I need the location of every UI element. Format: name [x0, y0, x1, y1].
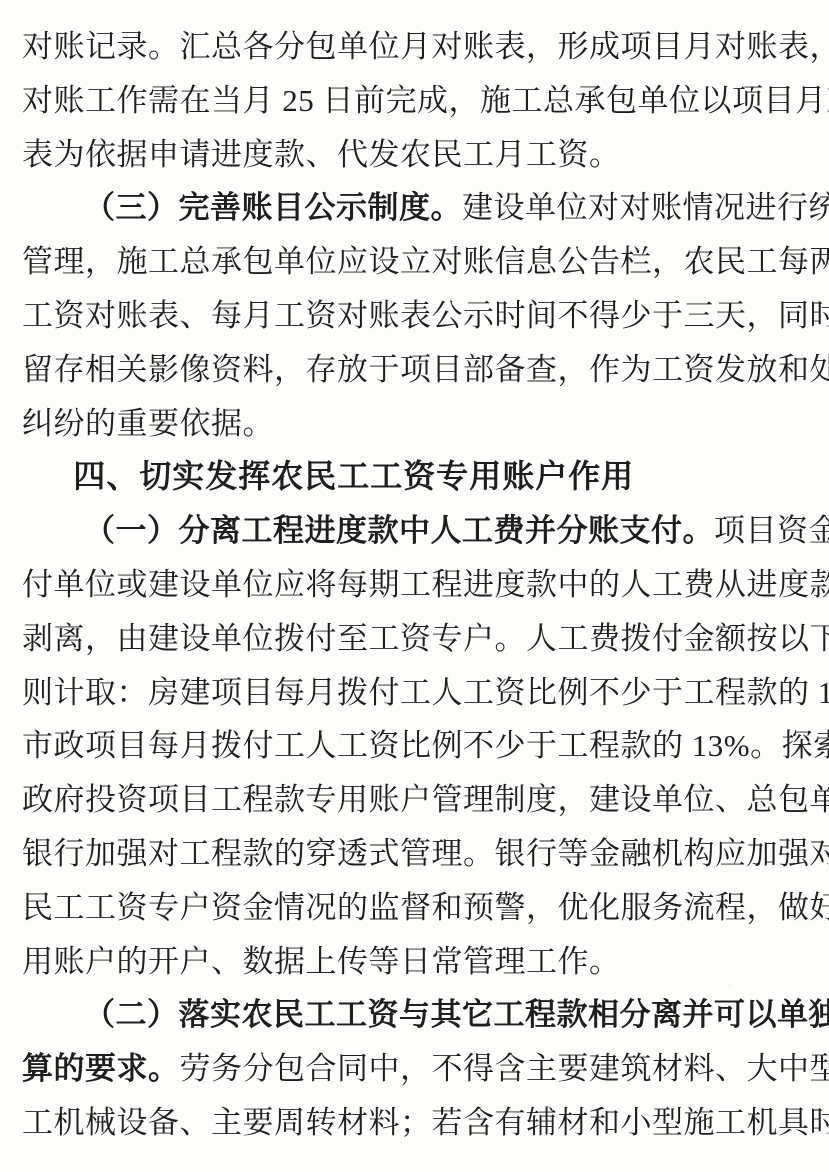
- text-line-paragraph-end: 用账户的开户、数据上传等日常管理工作。: [22, 935, 819, 989]
- line-text: 则计取：房建项目每月拨付工人工资比例不少于工程款的 18%，: [22, 675, 829, 710]
- line-text: 用账户的开户、数据上传等日常管理工作。: [22, 944, 621, 979]
- line-text: 工机械设备、主要周转材料；若含有辅材和小型施工机具时，: [22, 1105, 829, 1140]
- subitem-title: （二）落实农民工工资与其它工程款相分离并可以单独结: [84, 997, 829, 1032]
- line-text: 工资对账表、每月工资对账表公示时间不得少于三天，同时应: [22, 298, 829, 333]
- text-line-paragraph-end: 表为依据申请进度款、代发农民工月工资。: [22, 128, 819, 182]
- line-text: 劳务分包合同中，不得含主要建筑材料、大中型施: [180, 1051, 829, 1086]
- text-line: 对账工作需在当月 25 日前完成，施工总承包单位以项目月对账: [22, 74, 819, 128]
- line-text: 剥离，由建设单位拨付至工资专户。人工费拨付金额按以下原: [22, 621, 829, 656]
- text-line: 留存相关影像资料，存放于项目部备查，作为工资发放和处置: [22, 343, 819, 397]
- text-line: 付单位或建设单位应将每期工程进度款中的人工费从进度款中: [22, 558, 819, 612]
- line-text: 民工工资专户资金情况的监督和预警，优化服务流程，做好专: [22, 890, 829, 925]
- text-line-paragraph-start: （一）分离工程进度款中人工费并分账支付。项目资金拨: [22, 504, 819, 558]
- line-text: 表为依据申请进度款、代发农民工月工资。: [22, 137, 621, 172]
- line-text: 银行加强对工程款的穿透式管理。银行等金融机构应加强对农: [22, 836, 829, 871]
- line-text: 对账记录。汇总各分包单位月对账表，形成项目月对账表，月: [22, 29, 829, 64]
- line-text: 管理，施工总承包单位应设立对账信息公告栏，农民工每两周: [22, 244, 829, 279]
- line-text: 对账工作需在当月 25 日前完成，施工总承包单位以项目月对账: [22, 83, 829, 118]
- line-text: 付单位或建设单位应将每期工程进度款中的人工费从进度款中: [22, 567, 829, 602]
- text-line: 管理，施工总承包单位应设立对账信息公告栏，农民工每两周: [22, 235, 819, 289]
- text-line: 银行加强对工程款的穿透式管理。银行等金融机构应加强对农: [22, 827, 819, 881]
- section-heading-text: 四、切实发挥农民工工资专用账户作用: [73, 458, 634, 494]
- line-text: 政府投资项目工程款专用账户管理制度，建设单位、总包单位、: [22, 782, 829, 817]
- text-line: 市政项目每月拨付工人工资比例不少于工程款的 13%。探索建立: [22, 719, 819, 773]
- text-line-paragraph-end: 纠纷的重要依据。: [22, 397, 819, 451]
- text-line-paragraph-start: （二）落实农民工工资与其它工程款相分离并可以单独结: [22, 988, 819, 1042]
- text-line: 民工工资专户资金情况的监督和预警，优化服务流程，做好专: [22, 881, 819, 935]
- line-text: 市政项目每月拨付工人工资比例不少于工程款的 13%。探索建立: [22, 728, 829, 763]
- text-line: 则计取：房建项目每月拨付工人工资比例不少于工程款的 18%，: [22, 666, 819, 720]
- subitem-title: （三）完善账目公示制度。: [84, 190, 462, 225]
- document-page: 对账记录。汇总各分包单位月对账表，形成项目月对账表，月 对账工作需在当月 25 …: [0, 0, 829, 1172]
- line-text: 纠纷的重要依据。: [22, 406, 274, 441]
- line-text: 项目资金拨: [714, 513, 829, 548]
- line-text: 留存相关影像资料，存放于项目部备查，作为工资发放和处置: [22, 352, 829, 387]
- subitem-title: （一）分离工程进度款中人工费并分账支付。: [84, 513, 714, 548]
- text-line-paragraph-start: （三）完善账目公示制度。建设单位对对账情况进行统筹: [22, 181, 819, 235]
- text-line: 政府投资项目工程款专用账户管理制度，建设单位、总包单位、: [22, 773, 819, 827]
- subitem-title-continued: 算的要求。: [22, 1051, 180, 1086]
- text-line: 剥离，由建设单位拨付至工资专户。人工费拨付金额按以下原: [22, 612, 819, 666]
- text-line: 工资对账表、每月工资对账表公示时间不得少于三天，同时应: [22, 289, 819, 343]
- text-line: 工机械设备、主要周转材料；若含有辅材和小型施工机具时，: [22, 1096, 819, 1150]
- text-line: 算的要求。劳务分包合同中，不得含主要建筑材料、大中型施: [22, 1042, 819, 1096]
- line-text: 建设单位对对账情况进行统筹: [462, 190, 829, 225]
- text-line: 对账记录。汇总各分包单位月对账表，形成项目月对账表，月: [22, 20, 819, 74]
- section-heading: 四、切实发挥农民工工资专用账户作用: [22, 450, 819, 504]
